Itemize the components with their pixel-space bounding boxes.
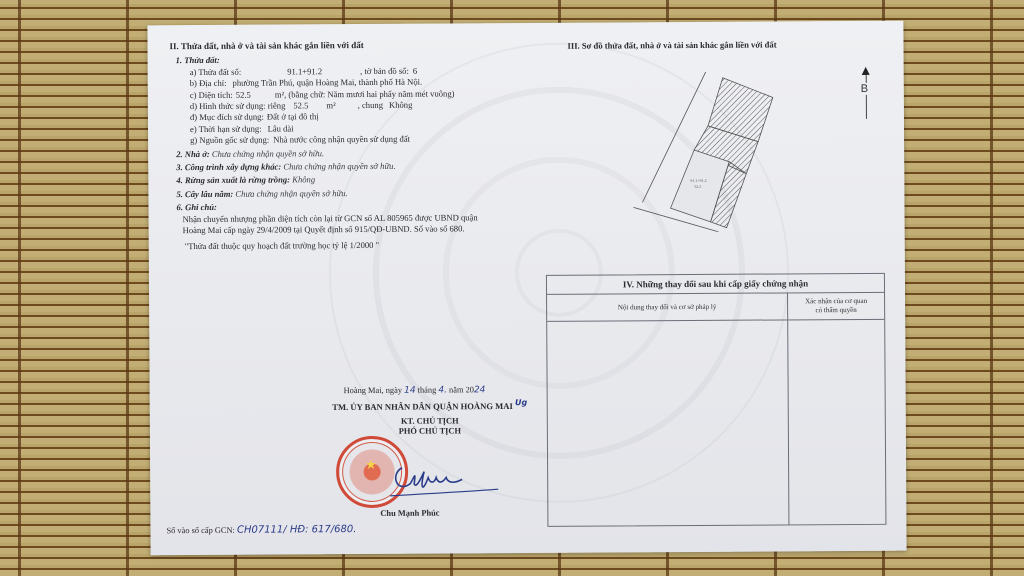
section-4-heading: IV. Những thay đổi sau khi cấp giấy chứn… (547, 274, 884, 295)
changes-table: IV. Những thay đổi sau khi cấp giấy chứn… (546, 273, 887, 527)
north-arrow-icon (862, 67, 870, 75)
col-change-content: Nội dung thay đổi và cơ sở pháp lý (547, 293, 788, 320)
signer-name: Chu Mạnh Phúc (380, 509, 439, 518)
handwritten-signature (370, 453, 500, 504)
on-behalf-title: KT. CHỦ TỊCH (290, 416, 570, 427)
perennial-row: 5. Cây lâu năm: Chưa chứng nhận quyền sở… (176, 187, 530, 201)
change-content-cell (547, 320, 789, 525)
col-authority-confirmation: Xác nhận của cơ quan có thẩm quyền (788, 293, 884, 320)
svg-text:91.1+91.2: 91.1+91.2 (690, 178, 706, 183)
section-2-heading: II. Thửa đất, nhà ở và tài sản khác gắn … (169, 39, 529, 53)
changes-table-header: Nội dung thay đổi và cơ sở pháp lý Xác n… (547, 293, 884, 322)
changes-table-body (547, 320, 885, 526)
issue-date: Hoàng Mai, ngày 14 tháng 4. năm 2024 (344, 385, 570, 396)
signer-title: PHÓ CHỦ TỊCH (290, 426, 570, 437)
signature-block: Hoàng Mai, ngày 14 tháng 4. năm 2024 TM.… (290, 385, 570, 437)
note-line-2: Hoàng Mai cấp ngày 29/4/2009 tại Quyết đ… (183, 223, 531, 237)
planning-note: "Thửa đất thuộc quy hoạch đất trường học… (185, 238, 531, 252)
house-row: 2. Nhà ở: Chưa chứng nhận quyền sở hữu. (176, 147, 530, 161)
section-3-heading: III. Sơ đồ thửa đất, nhà ở và tài sản kh… (567, 39, 887, 51)
land-certificate-sheet: II. Thửa đất, nhà ở và tài sản khác gắn … (147, 21, 906, 556)
registry-number: Số vào sổ cấp GCN: CH07111/ HĐ: 617/680. (166, 524, 356, 536)
issuing-authority: TM. ỦY BAN NHÂN DÂN QUẬN HOÀNG MAI Ug (290, 398, 570, 413)
land-origin: g) Nguồn gốc sử dụng: Nhà nước công nhận… (190, 133, 530, 146)
svg-text:52.5: 52.5 (694, 184, 701, 189)
forest-row: 4. Rừng sản xuất là rừng trồng: Không (176, 173, 530, 187)
other-works-row: 3. Công trình xây dựng khác: Chưa chứng … (176, 160, 530, 174)
parcel-diagram: 91.1+91.2 52.5 (628, 61, 869, 232)
section-2: II. Thửa đất, nhà ở và tài sản khác gắn … (169, 39, 530, 252)
